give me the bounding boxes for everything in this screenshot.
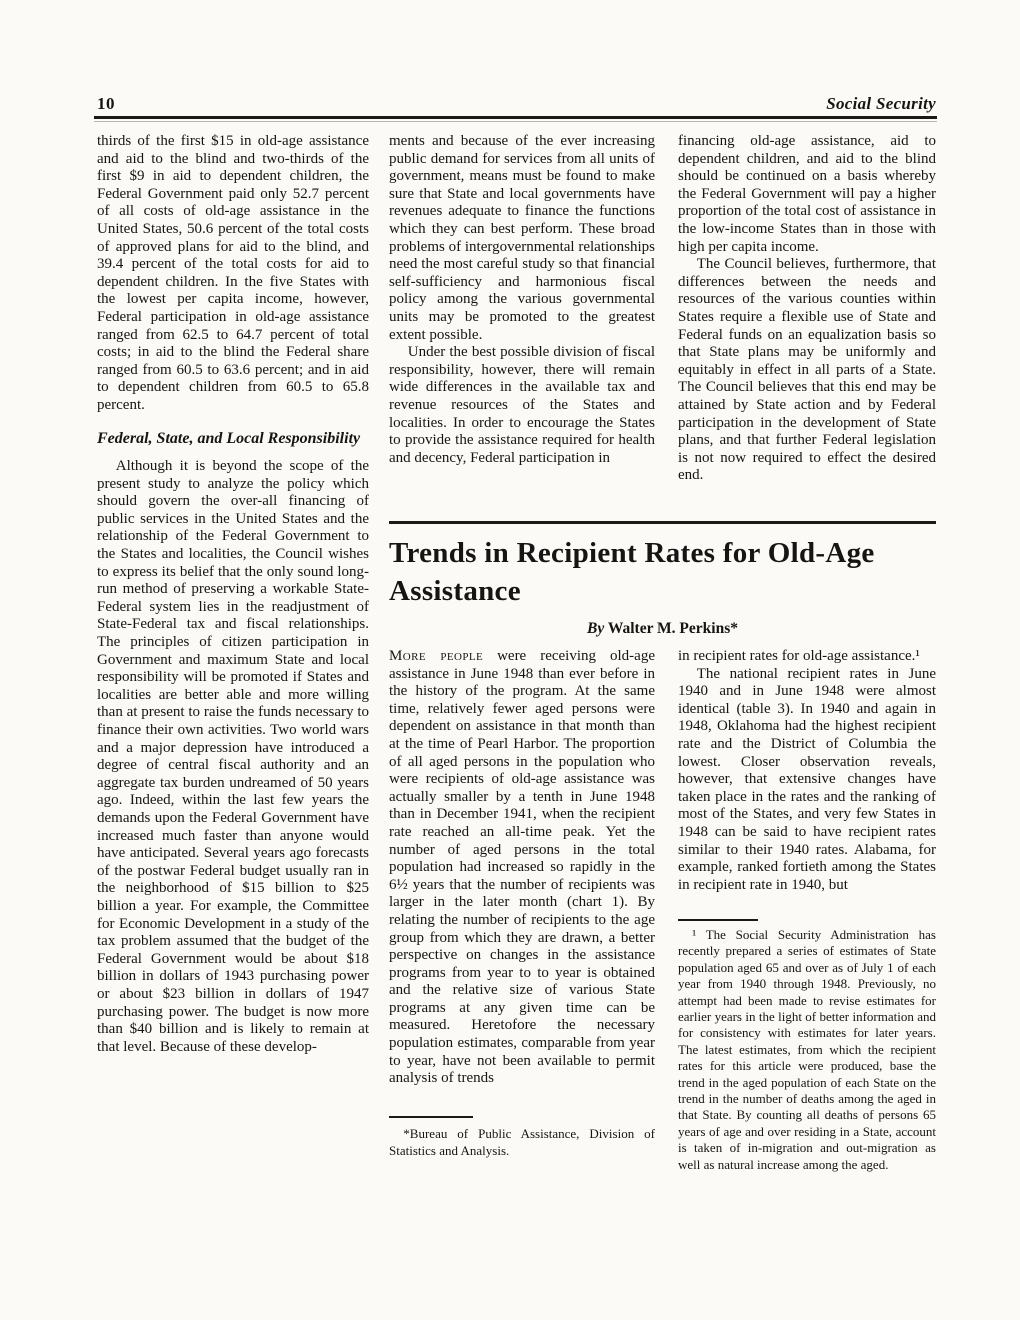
column-3: financing old-age assistance, aid to dep… bbox=[678, 133, 936, 525]
column-1: thirds of the first $15 in old-age assis… bbox=[97, 133, 369, 1173]
body-paragraph: Although it is beyond the scope of the p… bbox=[97, 458, 369, 1056]
journal-title: Social Security bbox=[826, 94, 936, 114]
article-column-left: More people were receiving old-age assis… bbox=[389, 648, 655, 1118]
article-separator-rule bbox=[389, 521, 936, 524]
footnote-text: ¹ The Social Security Administration has… bbox=[678, 927, 936, 1173]
document-page: 10 Social Security thirds of the first $… bbox=[0, 0, 1020, 1320]
body-paragraph: The national recipient rates in June 194… bbox=[678, 666, 936, 895]
footnote-1: ¹ The Social Security Administration has… bbox=[678, 927, 936, 1173]
section-subheading: Federal, State, and Local Responsibility bbox=[97, 430, 369, 448]
article-title: Trends in Recipient Rates for Old-Age As… bbox=[389, 534, 941, 610]
article-byline: By Walter M. Perkins* bbox=[389, 620, 936, 638]
byline-author: Walter M. Perkins* bbox=[608, 620, 738, 637]
footnote-rule-right bbox=[678, 919, 758, 921]
body-paragraph: thirds of the first $15 in old-age assis… bbox=[97, 133, 369, 415]
footnote-rule-left bbox=[389, 1116, 473, 1118]
smallcaps-lead: More people bbox=[389, 648, 483, 664]
page-number: 10 bbox=[97, 94, 115, 114]
lead-paragraph-rest: were receiving old-age assistance in Jun… bbox=[389, 648, 655, 1086]
body-paragraph: The Council believes, furthermore, that … bbox=[678, 256, 936, 485]
header-rule bbox=[94, 116, 937, 122]
footnote-bureau: *Bureau of Public Assistance, Division o… bbox=[389, 1126, 655, 1159]
body-paragraph: Under the best possible division of fisc… bbox=[389, 344, 655, 467]
column-2: ments and because of the ever increasing… bbox=[389, 133, 655, 525]
byline-by: By bbox=[587, 620, 604, 637]
article-column-right: in recipient rates for old-age assistanc… bbox=[678, 648, 936, 920]
article-lead-paragraph: More people were receiving old-age assis… bbox=[389, 648, 655, 1088]
body-paragraph: financing old-age assistance, aid to dep… bbox=[678, 133, 936, 256]
body-paragraph: ments and because of the ever increasing… bbox=[389, 133, 655, 344]
footnote-text: *Bureau of Public Assistance, Division o… bbox=[389, 1126, 655, 1159]
body-paragraph: in recipient rates for old-age assistanc… bbox=[678, 648, 936, 666]
